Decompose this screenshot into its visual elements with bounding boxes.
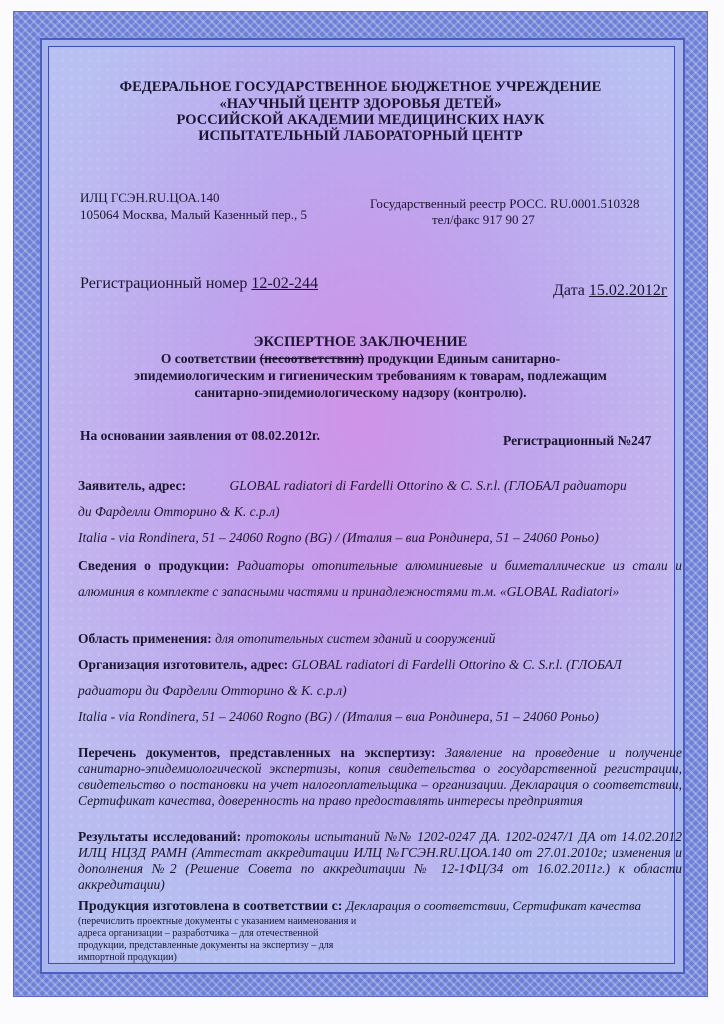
manufacturer-name-ru: радиатори ди Фарделли Отторино & К. с.р.… bbox=[78, 683, 347, 699]
applicant-name-ru: ди Фарделли Отторино & К. с.р.л) bbox=[78, 504, 279, 520]
applicant-name: GLOBAL radiatori di Fardelli Ottorino & … bbox=[229, 478, 626, 493]
conclusion-line2: эпидемиологическим и гигиеническим требо… bbox=[58, 367, 683, 385]
date-value: 15.02.2012г bbox=[589, 282, 668, 299]
scope-label: Область применения: bbox=[78, 631, 212, 646]
conclusion-title: ЭКСПЕРТНОЕ ЗАКЛЮЧЕНИЕ bbox=[48, 333, 673, 351]
phone-fax: тел/факс 917 90 27 bbox=[432, 212, 535, 228]
research-results: Результаты исследований: протоколы испыт… bbox=[78, 829, 682, 893]
manufacturer-name: GLOBAL radiatori di Fardelli Ottorino & … bbox=[292, 657, 622, 672]
scope-value: для отопительных систем зданий и сооруже… bbox=[215, 631, 495, 646]
registration-number-row: Регистрационный номер 12-02-244 bbox=[80, 275, 318, 293]
registration-number-label: Регистрационный номер bbox=[80, 275, 247, 292]
manufacturer-label: Организация изготовитель, адрес: bbox=[78, 657, 288, 672]
results-label: Результаты исследований: bbox=[78, 829, 241, 844]
date-row: Дата 15.02.2012г bbox=[553, 282, 667, 300]
applicant-row: Заявитель, адрес: GLOBAL radiatori di Fa… bbox=[78, 478, 627, 494]
conclusion-line3: санитарно-эпидемиологическому надзору (к… bbox=[48, 384, 673, 402]
applicant-address: Italia - via Rondinera, 51 – 24060 Rogno… bbox=[78, 530, 599, 546]
lab-address: 105064 Москва, Малый Казенный пер., 5 bbox=[80, 207, 307, 223]
conclusion-line1-start: О соответствии bbox=[161, 351, 260, 366]
date-label: Дата bbox=[553, 282, 585, 299]
manufacturer-address: Italia - via Rondinera, 51 – 24060 Rogno… bbox=[78, 709, 599, 725]
documents-label: Перечень документов, представленных на э… bbox=[78, 745, 435, 760]
conclusion-line1: О соответствии (несоответствии) продукци… bbox=[48, 350, 673, 368]
conclusion-line1-end: продукции Единым санитарно- bbox=[364, 351, 560, 366]
lab-accreditation-code: ИЛЦ ГСЭН.RU.ЦОА.140 bbox=[80, 190, 219, 206]
compliance-label: Продукция изготовлена в соответствии с: bbox=[78, 899, 342, 914]
compliance-value: Декларация о соответствии, Сертификат ка… bbox=[346, 898, 641, 913]
basis-statement: На основании заявления от 08.02.2012г. bbox=[80, 428, 320, 444]
institution-name-line1: ФЕДЕРАЛЬНОЕ ГОСУДАРСТВЕННОЕ БЮДЖЕТНОЕ УЧ… bbox=[48, 78, 673, 96]
manufacturer-row: Организация изготовитель, адрес: GLOBAL … bbox=[78, 657, 622, 673]
documents-list: Перечень документов, представленных на э… bbox=[78, 745, 682, 809]
applicant-label: Заявитель, адрес: bbox=[78, 478, 186, 493]
application-registration-number: Регистрационный №247 bbox=[503, 433, 651, 449]
registration-number: 12-02-244 bbox=[251, 275, 318, 292]
struck-nonconformity: (несоответствии) bbox=[260, 351, 364, 366]
compliance-row: Продукция изготовлена в соответствии с: … bbox=[78, 898, 641, 915]
product-info: Сведения о продукции: Радиаторы отопител… bbox=[78, 553, 682, 605]
scope-row: Область применения: для отопительных сис… bbox=[78, 631, 495, 647]
institution-name-line4: ИСПЫТАТЕЛЬНЫЙ ЛАБОРАТОРНЫЙ ЦЕНТР bbox=[48, 127, 673, 145]
compliance-footnote: (перечислить проектные документы с указа… bbox=[78, 916, 358, 964]
product-label: Сведения о продукции: bbox=[78, 558, 229, 573]
state-register: Государственный реестр РОСС. RU.0001.510… bbox=[370, 196, 640, 212]
